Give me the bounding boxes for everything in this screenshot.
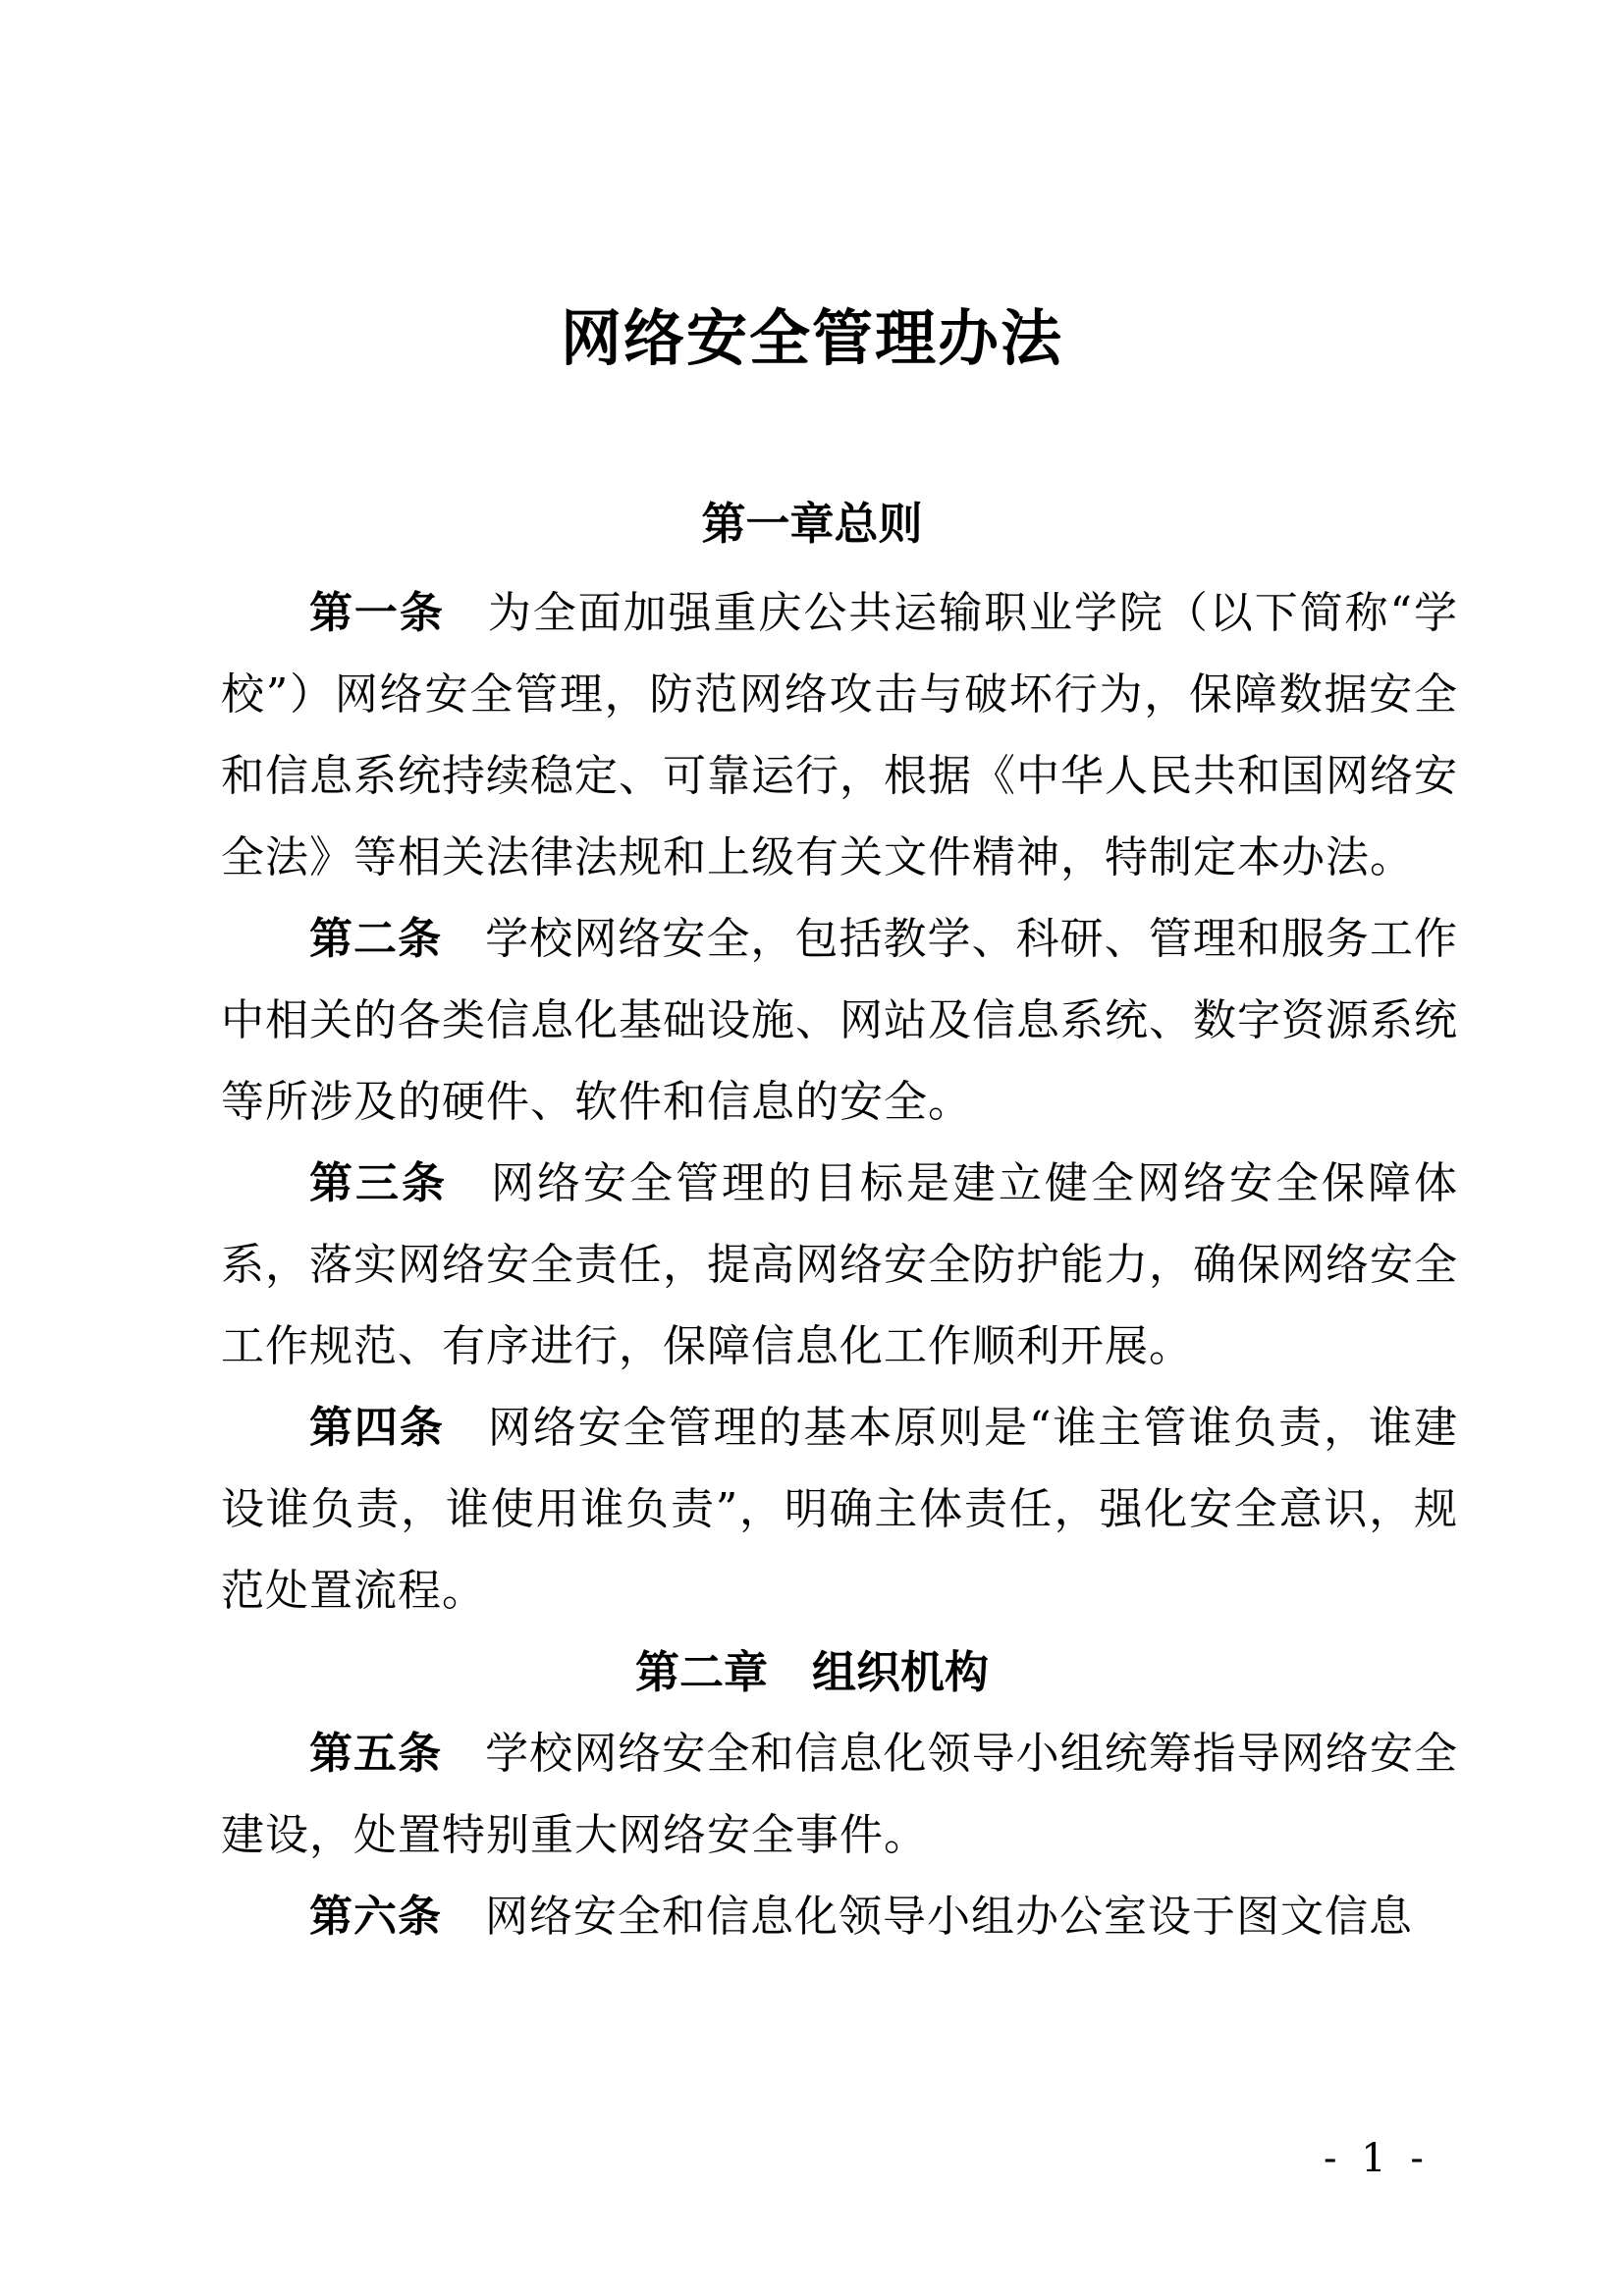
article-6-text: 网络安全和信息化领导小组办公室设于图文信息 — [485, 1892, 1413, 1942]
article-4-label: 第四条 — [309, 1403, 445, 1453]
article-6-label: 第六条 — [309, 1892, 442, 1942]
article-4: 第四条网络安全管理的基本原则是“谁主管谁负责，谁建设谁负责，谁使用谁负责”，明确… — [221, 1387, 1458, 1631]
article-5-label: 第五条 — [309, 1729, 442, 1779]
document-page: 网络安全管理办法 第一章总则 第一条为全面加强重庆公共运输职业学院（以下简称“学… — [0, 0, 1624, 2296]
chapter-2-body: 第五条学校网络安全和信息化领导小组统筹指导网络安全建设，处置特别重大网络安全事件… — [221, 1713, 1458, 1957]
article-6: 第六条网络安全和信息化领导小组办公室设于图文信息 — [221, 1876, 1458, 1957]
page-title: 网络安全管理办法 — [0, 299, 1624, 378]
chapter-heading-1: 第一章总则 — [0, 483, 1624, 564]
chapter-heading-2: 第二章 组织机构 — [0, 1631, 1624, 1713]
page-number: - 1 - — [1324, 2136, 1430, 2181]
article-1-label: 第一条 — [309, 588, 445, 638]
article-3-label: 第三条 — [309, 1158, 448, 1208]
article-2-label: 第二条 — [309, 914, 442, 964]
article-1: 第一条为全面加强重庆公共运输职业学院（以下简称“学校”）网络安全管理，防范网络攻… — [221, 572, 1458, 898]
article-5: 第五条学校网络安全和信息化领导小组统筹指导网络安全建设，处置特别重大网络安全事件… — [221, 1713, 1458, 1876]
article-3: 第三条网络安全管理的目标是建立健全网络安全保障体系，落实网络安全责任，提高网络安… — [221, 1143, 1458, 1387]
chapter-1-body: 第一条为全面加强重庆公共运输职业学院（以下简称“学校”）网络安全管理，防范网络攻… — [221, 572, 1458, 1631]
article-2: 第二条学校网络安全，包括教学、科研、管理和服务工作中相关的各类信息化基础设施、网… — [221, 898, 1458, 1143]
